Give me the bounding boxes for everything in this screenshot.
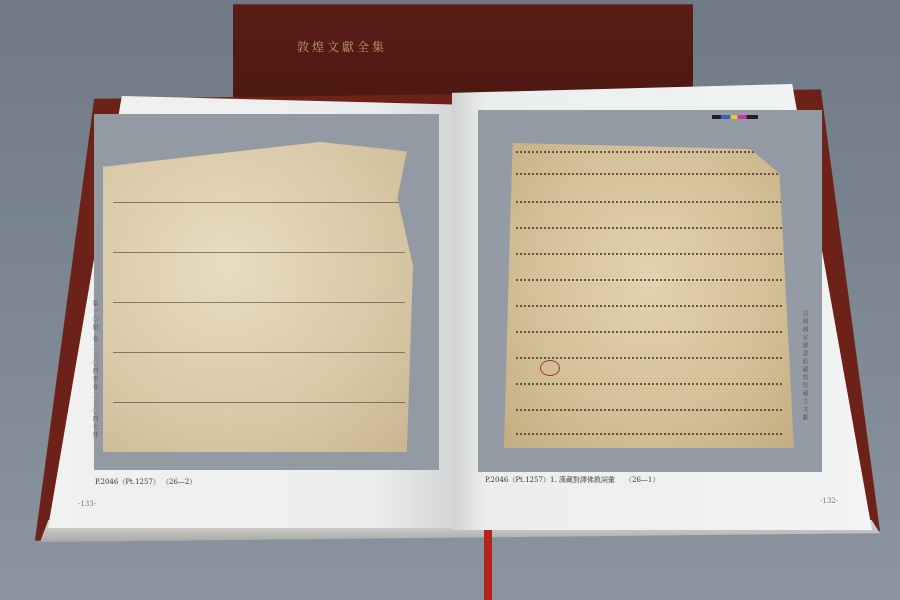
right-caption-title: 1. 漢藏對譯佛教詞彙 bbox=[550, 475, 615, 485]
bookmark-ribbon bbox=[484, 530, 492, 600]
left-page-number: -133- bbox=[78, 500, 96, 508]
right-side-text: 法國國家圖書館藏敦煌藏文文獻 bbox=[800, 310, 809, 422]
red-seal-stamp bbox=[540, 360, 560, 376]
right-manuscript bbox=[504, 143, 794, 448]
right-page-number: -132- bbox=[820, 497, 838, 505]
color-calibration-bar bbox=[712, 115, 758, 119]
left-side-text: 第一〇册 卷二三〇四至卷二三〇四七拜 bbox=[90, 300, 99, 440]
slipcase-title: 敦煌文獻全集 bbox=[297, 38, 387, 55]
left-manuscript bbox=[103, 142, 413, 452]
right-caption-id: P.2046（Pt.1257） bbox=[485, 475, 550, 485]
left-caption-part: （26—2） bbox=[162, 477, 196, 487]
right-caption-part: （26—1） bbox=[625, 475, 659, 485]
left-caption-id: P.2046（Pt.1257） bbox=[95, 477, 160, 487]
